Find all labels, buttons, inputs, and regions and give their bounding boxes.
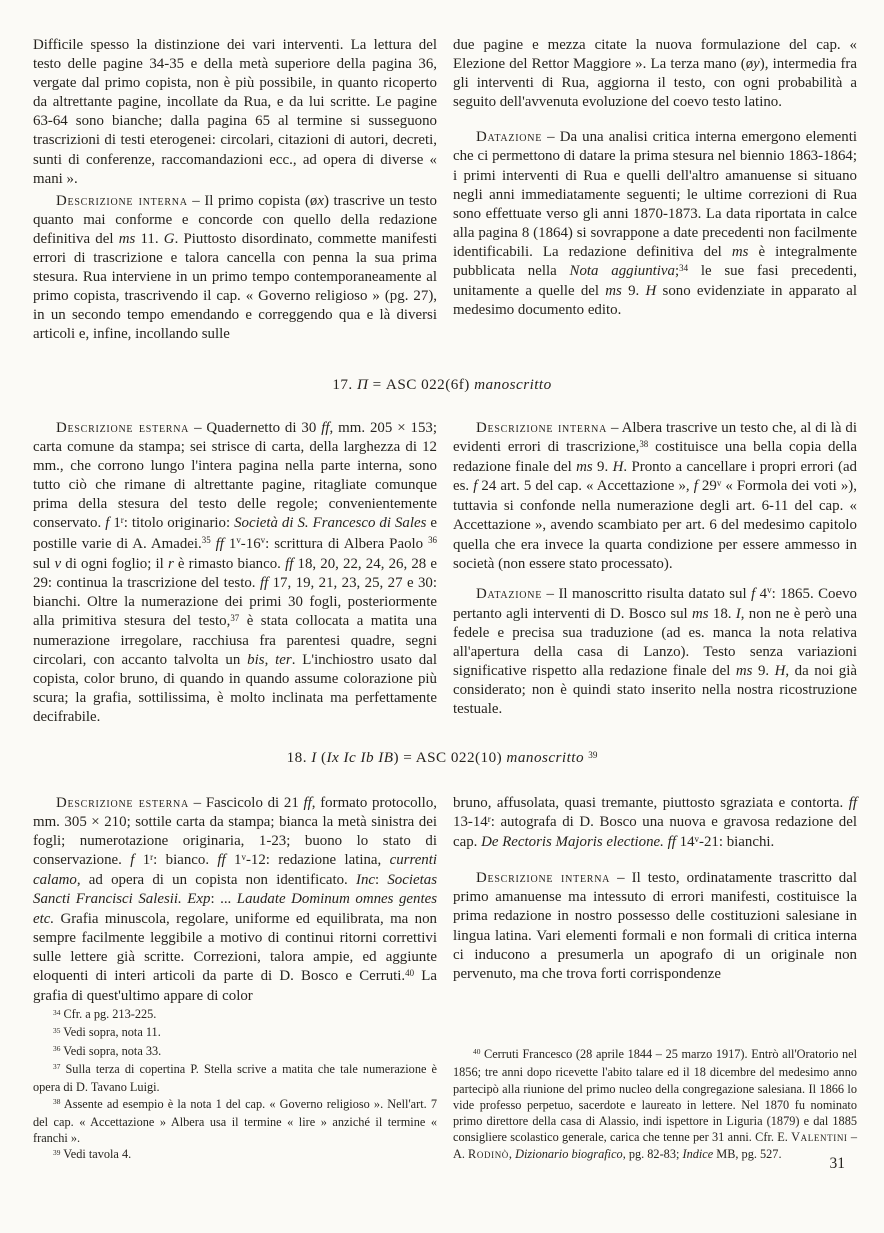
footnote-36: 36 Vedi sopra, nota 33. [33, 1043, 437, 1061]
right-column-top: due pagine e mezza citate la nuova formu… [453, 36, 857, 345]
descrizione-esterna-17-paragraph: Descrizione esterna – Quadernetto di 30 … [33, 419, 437, 728]
continuation-paragraph-right: due pagine e mezza citate la nuova formu… [453, 36, 857, 112]
datazione-16-paragraph: Datazione – Da una analisi critica inter… [453, 128, 857, 320]
section-17-band: Descrizione esterna – Quadernetto di 30 … [33, 419, 857, 728]
left-column-section-17: Descrizione esterna – Quadernetto di 30 … [33, 419, 437, 728]
page-number: 31 [830, 1154, 846, 1173]
footnote-34: 34 Cfr. a pg. 213-225. [33, 1006, 437, 1024]
book-page: Difficile spesso la distinzione dei vari… [0, 0, 884, 1233]
section-18-band: Descrizione esterna – Fascicolo di 21 ff… [33, 794, 857, 1162]
datazione-17-paragraph: Datazione – Il manoscritto risulta datat… [453, 585, 857, 720]
footnote-38: 38 Assente ad esempio è la nota 1 del ca… [33, 1096, 437, 1147]
footnotes-left: 34 Cfr. a pg. 213-225. 35 Vedi sopra, no… [33, 1006, 437, 1165]
descrizione-interna-16-paragraph: Descrizione interna – Il primo copista (… [33, 192, 437, 345]
left-column-top: Difficile spesso la distinzione dei vari… [33, 36, 437, 345]
left-column-section-18: Descrizione esterna – Fascicolo di 21 ff… [33, 794, 437, 1162]
right-column-section-18: bruno, affusolata, quasi tremante, piutt… [453, 794, 857, 1162]
descrizione-interna-17-paragraph: Descrizione interna – Albera trascrive u… [453, 419, 857, 574]
footnote-37: 37 Sulla terza di copertina P. Stella sc… [33, 1061, 437, 1096]
section-18-continuation-paragraph: bruno, affusolata, quasi tremante, piutt… [453, 794, 857, 853]
footnote-39: 39 Vedi tavola 4. [33, 1146, 437, 1164]
continuation-paragraph-left: Difficile spesso la distinzione dei vari… [33, 36, 437, 189]
continuation-band: Difficile spesso la distinzione dei vari… [33, 36, 857, 345]
descrizione-esterna-18-paragraph: Descrizione esterna – Fascicolo di 21 ff… [33, 794, 437, 1006]
section-18-heading: 18. I (Ix Ic Ib IB) = ASC 022(10) manosc… [0, 748, 884, 769]
right-column-section-17: Descrizione interna – Albera trascrive u… [453, 419, 857, 728]
descrizione-interna-18-paragraph: Descrizione interna – Il testo, ordinata… [453, 869, 857, 984]
footnote-40: 40 Cerruti Francesco (28 aprile 1844 – 2… [453, 1046, 857, 1162]
footnote-35: 35 Vedi sopra, nota 11. [33, 1024, 437, 1042]
footnotes-right: 40 Cerruti Francesco (28 aprile 1844 – 2… [453, 1046, 857, 1162]
section-17-heading: 17. Π = ASC 022(6f) manoscritto [0, 375, 884, 394]
